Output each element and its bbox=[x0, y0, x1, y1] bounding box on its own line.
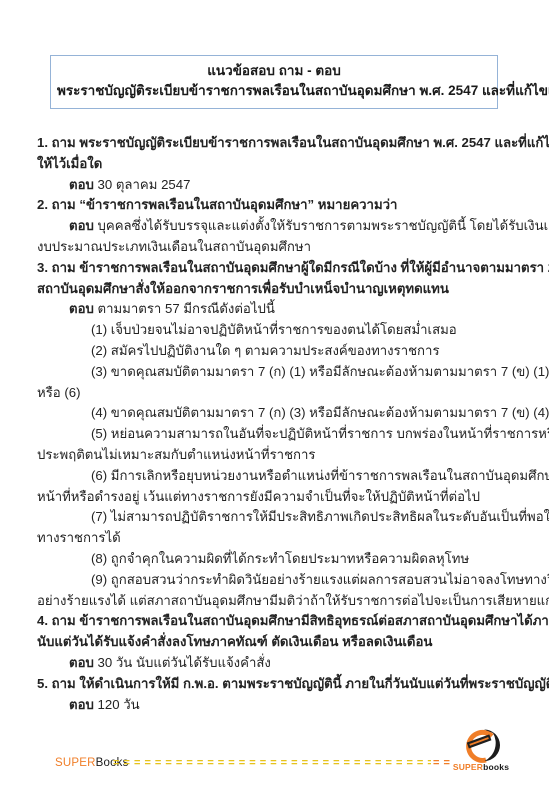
question-2: 2. ถาม “ข้าราชการพลเรือนในสถาบันอุดมศึกษ… bbox=[37, 195, 517, 216]
answer-1: ตอบ 30 ตุลาคม 2547 bbox=[37, 175, 517, 196]
answer-2-line-2: งบประมาณประเภทเงินเดือนในสถาบันอุดมศึกษา bbox=[37, 237, 517, 258]
answer-3-item-9-line-2: อย่างร้ายแรงได้ แต่สภาสถาบันอุดมศึกษามีม… bbox=[37, 591, 517, 612]
question-4-line-2: นับแต่วันได้รับแจ้งคำสั่งลงโทษภาคทัณฑ์ ต… bbox=[37, 632, 517, 653]
qa-content: 1. ถาม พระราชบัญญัติระเบียบข้าราชการพลเร… bbox=[37, 133, 517, 715]
question-1-line-1: 1. ถาม พระราชบัญญัติระเบียบข้าราชการพลเร… bbox=[37, 133, 517, 154]
answer-3-item-1: (1) เจ็บป่วยจนไม่อาจปฏิบัติหน้าที่ราชการ… bbox=[37, 320, 517, 341]
answer-3-item-9-line-1: (9) ถูกสอบสวนว่ากระทำผิดวินัยอย่างร้ายแร… bbox=[37, 570, 517, 591]
superbooks-logo-text: SUPERbooks bbox=[448, 762, 514, 772]
answer-2-line-1: ตอบ บุคคลซึ่งได้รับบรรจุและแต่งตั้งให้รั… bbox=[37, 216, 517, 237]
answer-3-item-3-line-2: หรือ (6) bbox=[37, 383, 517, 404]
question-4-line-1: 4. ถาม ข้าราชการพลเรือนในสถาบันอุดมศึกษา… bbox=[37, 611, 517, 632]
answer-3-item-2: (2) สมัครไปปฏิบัติงานใด ๆ ตามความประสงค์… bbox=[37, 341, 517, 362]
answer-3-item-3-line-1: (3) ขาดคุณสมบัติตามมาตรา 7 (ก) (1) หรือม… bbox=[37, 362, 517, 383]
answer-3-item-4: (4) ขาดคุณสมบัติตามมาตรา 7 (ก) (3) หรือม… bbox=[37, 403, 517, 424]
answer-3-intro: ตอบ ตามมาตรา 57 มีกรณีดังต่อไปนี้ bbox=[37, 299, 517, 320]
question-5: 5. ถาม ให้ดำเนินการให้มี ก.พ.อ. ตามพระรา… bbox=[37, 674, 517, 695]
footer-brand-super: SUPER bbox=[55, 757, 96, 769]
question-3-line-2: สถาบันอุดมศึกษาสั่งให้ออกจากราชการเพื่อร… bbox=[37, 279, 517, 300]
question-3-line-1: 3. ถาม ข้าราชการพลเรือนในสถาบันอุดมศึกษา… bbox=[37, 258, 517, 279]
answer-3-item-5-line-1: (5) หย่อนความสามารถในอันที่จะปฏิบัติหน้า… bbox=[37, 424, 517, 445]
superbooks-logo: SUPERbooks bbox=[448, 727, 514, 772]
answer-4: ตอบ 30 วัน นับแต่วันได้รับแจ้งคำสั่ง bbox=[37, 653, 517, 674]
title-line-1: แนวข้อสอบ ถาม - ตอบ bbox=[57, 61, 491, 81]
answer-3-item-5-line-2: ประพฤติตนไม่เหมาะสมกับตำแหน่งหน้าที่ราชก… bbox=[37, 445, 517, 466]
superbooks-logo-icon bbox=[448, 727, 514, 765]
title-line-2: พระราชบัญญัติระเบียบข้าราชการพลเรือนในสถ… bbox=[57, 81, 491, 101]
answer-3-item-6-line-2: หน้าที่หรือดำรงอยู่ เว้นแต่ทางราชการยังม… bbox=[37, 487, 517, 508]
answer-3-item-7-line-1: (7) ไม่สามารถปฏิบัติราชการให้มีประสิทธิภ… bbox=[37, 507, 517, 528]
title-box: แนวข้อสอบ ถาม - ตอบ พระราชบัญญัติระเบียบ… bbox=[50, 55, 498, 109]
document-page: แนวข้อสอบ ถาม - ตอบ พระราชบัญญัติระเบียบ… bbox=[0, 0, 549, 799]
answer-3-item-8: (8) ถูกจำคุกในความผิดที่ได้กระทำโดยประมา… bbox=[37, 549, 517, 570]
question-1-line-2: ให้ไว้เมื่อใด bbox=[37, 154, 517, 175]
footer-separator: = = = = = = = = = = = = = = = = = = = = … bbox=[113, 757, 431, 769]
answer-3-item-7-line-2: ทางราชการได้ bbox=[37, 528, 517, 549]
answer-5: ตอบ 120 วัน bbox=[37, 695, 517, 716]
answer-3-item-6-line-1: (6) มีการเลิกหรือยุบหน่วยงานหรือตำแหน่งท… bbox=[37, 466, 517, 487]
